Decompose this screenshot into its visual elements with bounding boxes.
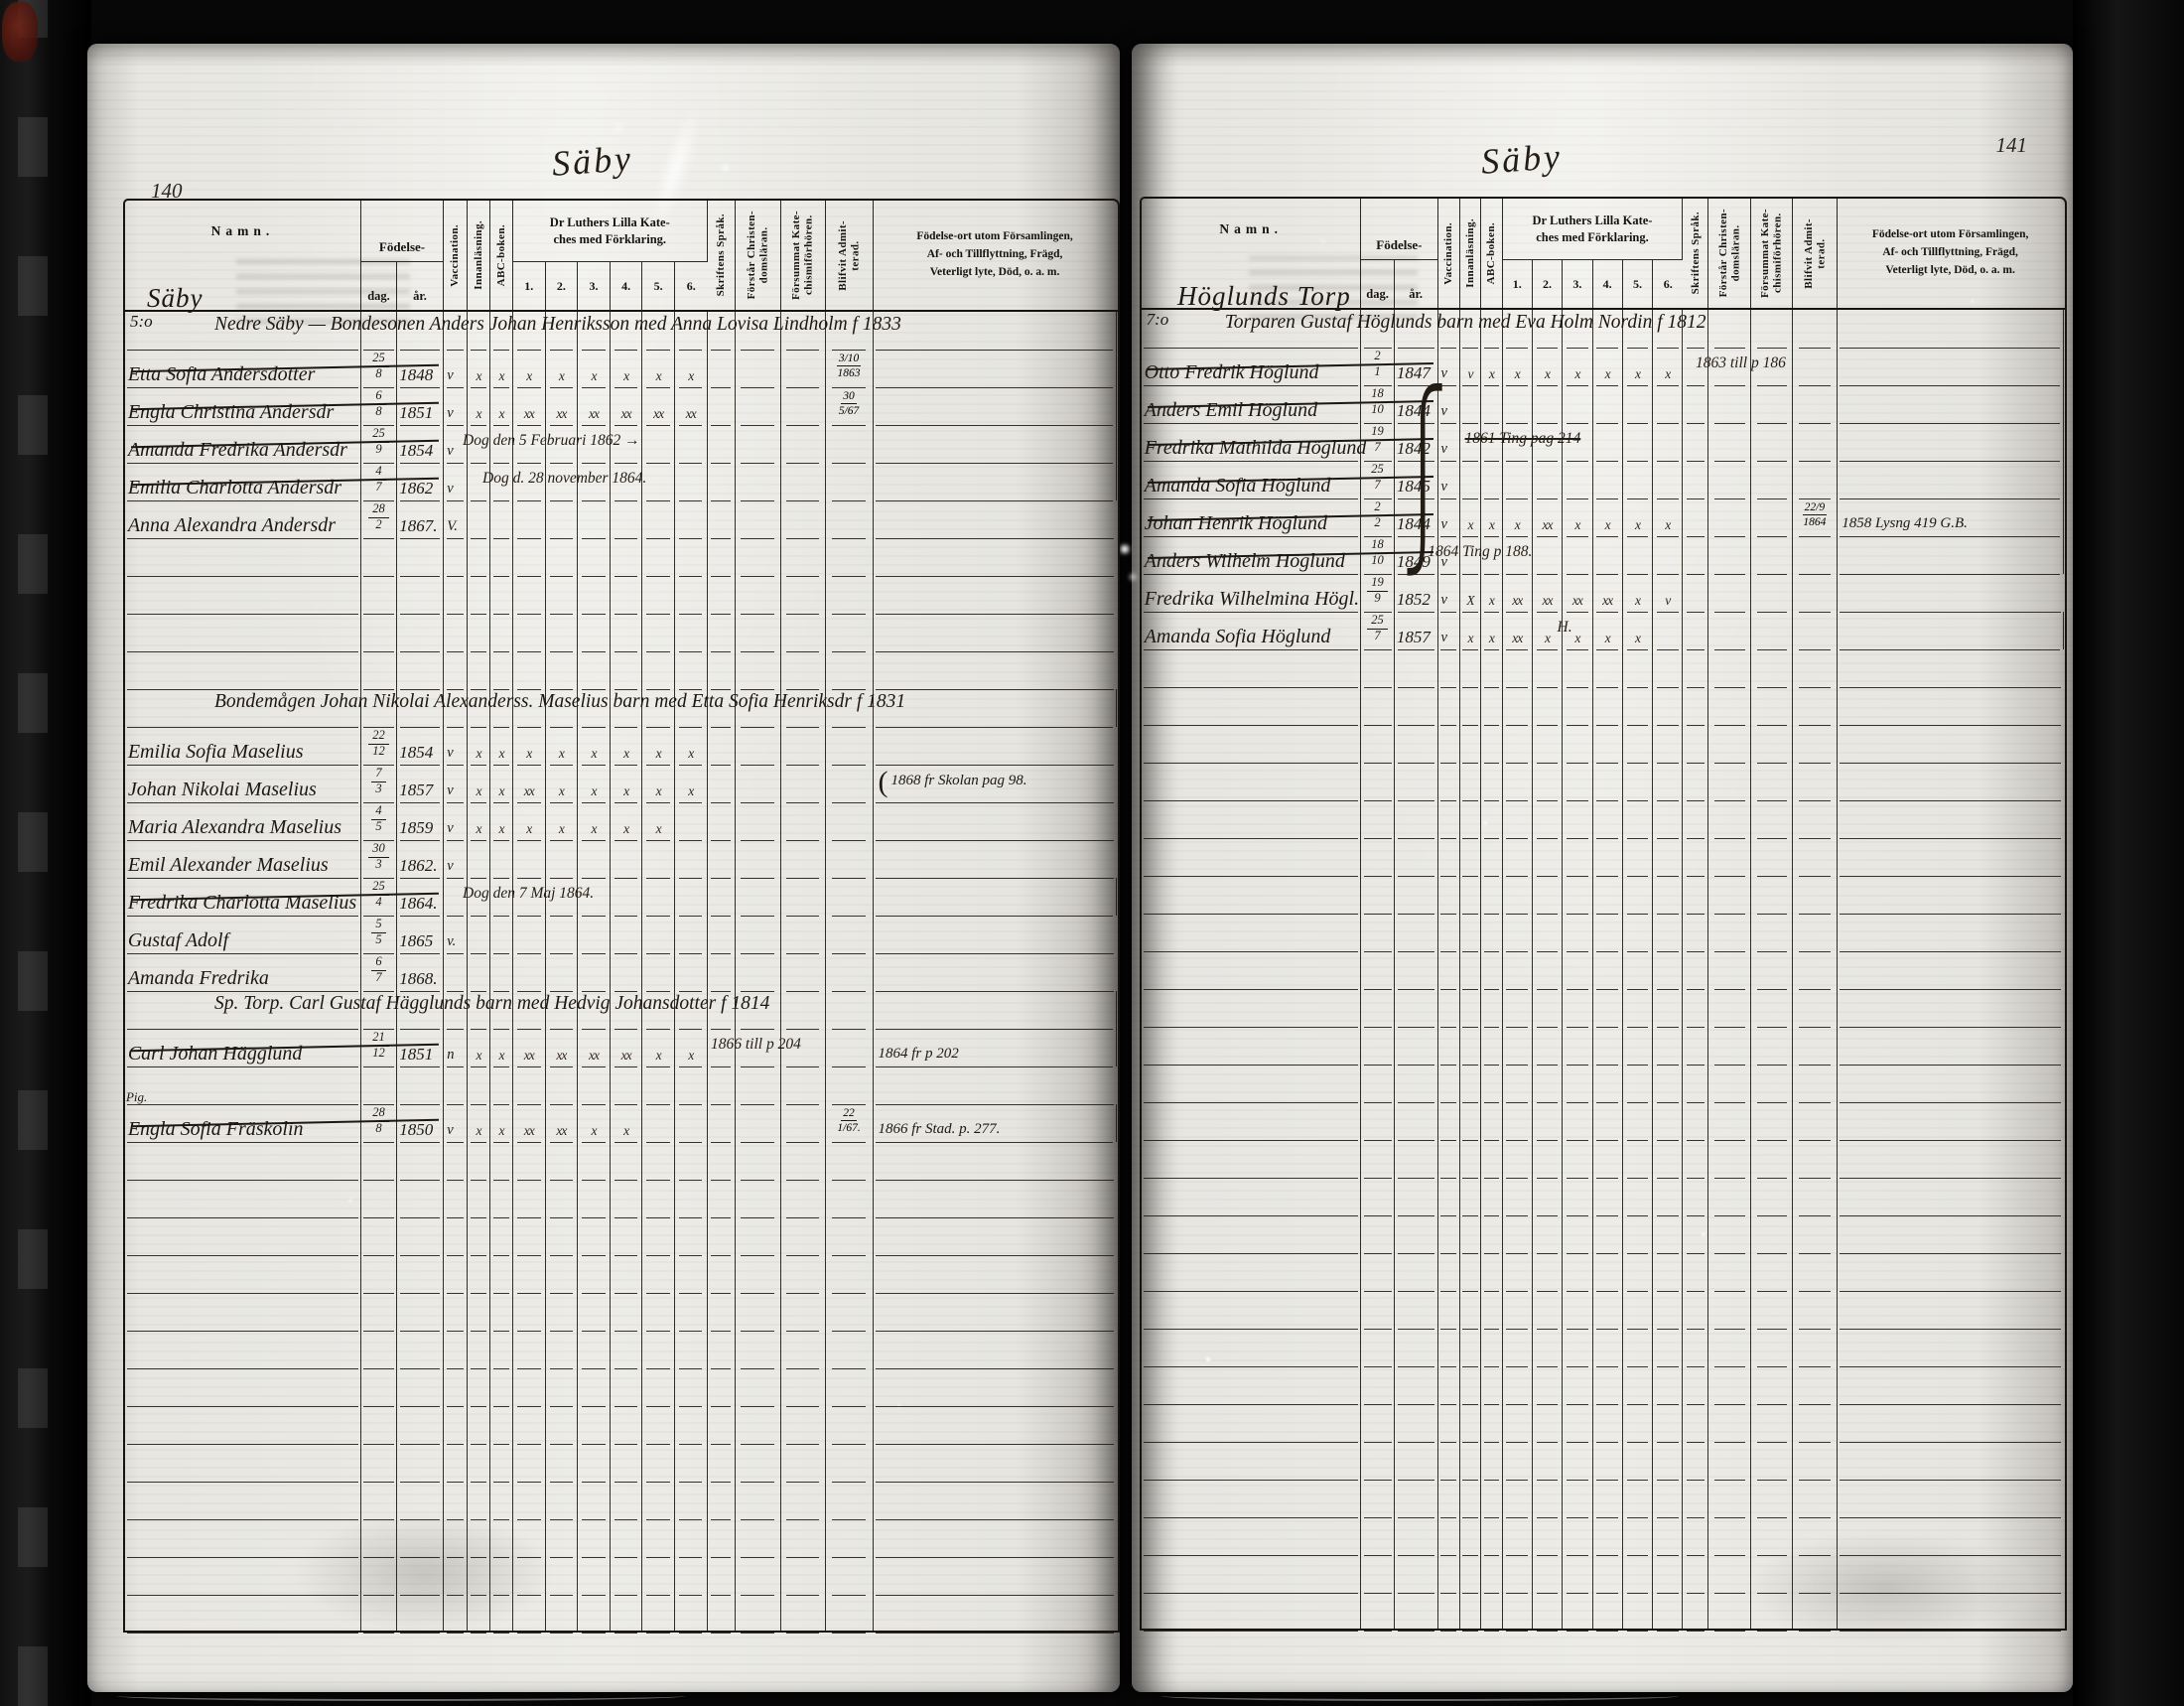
innanlasning-cell	[1460, 1102, 1481, 1140]
kat-4-cell: x	[611, 765, 643, 802]
empty-row	[125, 1406, 1118, 1444]
kat-5-cell	[642, 1444, 675, 1482]
name-cell	[125, 1255, 361, 1293]
empty-row	[125, 1482, 1118, 1519]
birth-day-cell: 303	[361, 840, 397, 878]
empty-row	[125, 1331, 1118, 1368]
farm-name-left: Säby	[147, 285, 203, 312]
skriftens-cell	[1683, 687, 1708, 725]
name-cell	[125, 1557, 361, 1595]
remarks-cell	[874, 312, 1117, 350]
birth-year-cell	[1395, 687, 1438, 725]
vaccination-cell	[1438, 1555, 1460, 1593]
kat-2-cell	[1533, 1480, 1563, 1517]
kat-3-cell	[1563, 385, 1592, 423]
kat-3-cell	[1563, 1102, 1592, 1140]
kat-4-cell	[611, 1142, 643, 1180]
empty-row	[125, 1519, 1118, 1557]
vaccination-mark: v	[447, 406, 453, 421]
kat-5-cell: x	[1623, 574, 1653, 612]
kat-col-3: 3.	[578, 262, 611, 310]
abc-cell: x	[490, 350, 513, 387]
vaccination-cell	[444, 1595, 468, 1633]
abc-cell	[1481, 1253, 1502, 1291]
vaccination-mark: V.	[447, 519, 458, 534]
kat-3-cell: xx	[1563, 574, 1592, 612]
innanlasning-cell	[1460, 838, 1481, 876]
birth-day-cell: 2112	[361, 1029, 397, 1066]
kat-2-cell	[1533, 1140, 1563, 1178]
kat-6-cell: x	[675, 765, 708, 802]
kat-5-cell	[1623, 1404, 1653, 1442]
kat-5-cell	[642, 651, 675, 689]
forsummat-cell	[1751, 1555, 1793, 1593]
forstar-cell	[1708, 687, 1751, 725]
kat-2-cell	[1533, 1102, 1563, 1140]
birth-year-cell	[1395, 1593, 1438, 1631]
name-cell	[125, 1066, 361, 1104]
birth-year-cell	[1395, 1065, 1438, 1102]
birth-day-cell	[1361, 914, 1394, 951]
kat-5-cell	[1623, 876, 1653, 914]
kat-6-cell	[1653, 1215, 1683, 1253]
kat-1-cell	[1503, 914, 1533, 951]
person-row: Engla Sofia FräskolinPig.2881850vxxxxxxx…	[125, 1104, 1118, 1142]
kat-3-cell: xx	[578, 1029, 611, 1066]
admitterad-cell	[1793, 951, 1838, 989]
abc-cell	[490, 1255, 513, 1293]
remarks-cell	[1838, 1027, 2064, 1065]
table-header: Namn. Höglunds Torp Födelse- Vaccination…	[1142, 199, 2065, 310]
birth-day-cell	[1361, 989, 1394, 1027]
person-row: Anna Alexandra Andersdr2821867.V.	[125, 500, 1118, 538]
remarks-cell	[874, 538, 1117, 576]
birth-day-cell	[1361, 1027, 1394, 1065]
kat-5-cell	[1623, 1329, 1653, 1366]
forsummat-cell	[1751, 498, 1793, 536]
admitterad-cell	[826, 1217, 874, 1255]
kat-4-cell	[1593, 1480, 1623, 1517]
kat-2-cell	[1533, 989, 1563, 1027]
vaccination-cell	[1438, 838, 1460, 876]
empty-row	[125, 1293, 1118, 1331]
kat-3-cell	[578, 1557, 611, 1595]
abc-cell	[1481, 1329, 1502, 1366]
birth-day-cell: 199	[1361, 574, 1394, 612]
abc-cell: x	[1481, 612, 1502, 649]
vaccination-mark: v	[1440, 593, 1446, 608]
forstar-cell	[736, 1255, 781, 1293]
vaccination-cell	[1438, 649, 1460, 687]
vaccination-cell	[444, 1368, 468, 1406]
innanlasning-cell	[1460, 1404, 1481, 1442]
innanlasning-cell	[468, 1368, 490, 1406]
birth-day-cell	[1361, 1329, 1394, 1366]
forsummat-cell	[781, 1406, 826, 1444]
person-name: Anna Alexandra Andersdr	[128, 515, 336, 535]
kat-6-cell	[675, 1406, 708, 1444]
forsummat-cell	[781, 916, 826, 953]
empty-row	[125, 651, 1118, 689]
birth-day-cell	[1361, 1178, 1394, 1215]
kat-6-cell	[1653, 1442, 1683, 1480]
kat-2-cell	[1533, 876, 1563, 914]
abc-cell	[490, 1557, 513, 1595]
abc-cell	[490, 1217, 513, 1255]
kat-1-cell	[1503, 1329, 1533, 1366]
kat-6-cell	[1653, 914, 1683, 951]
kat-2-cell	[546, 1217, 579, 1255]
birth-day-cell	[1361, 1102, 1394, 1140]
kat-3-cell	[578, 1331, 611, 1368]
remarks-cell	[874, 1180, 1117, 1217]
forsummat-cell	[1751, 1102, 1793, 1140]
abc-cell	[1481, 461, 1502, 498]
kat-2-cell	[1533, 800, 1563, 838]
birth-year-cell	[1395, 1291, 1438, 1329]
col-header-fodelseort: Födelse-ort utom Församlingen, Af- och T…	[874, 201, 1117, 310]
innanlasning-cell	[1460, 649, 1481, 687]
skriftens-cell	[1683, 423, 1708, 461]
forstar-cell	[1708, 1178, 1751, 1215]
admitterad-cell	[1793, 612, 1838, 649]
abc-cell	[490, 538, 513, 576]
birth-year: 1868.	[399, 970, 437, 987]
birth-year: 1854	[399, 744, 433, 761]
remarks-cell	[874, 878, 1117, 916]
name-cell: Emilia Sofia Maselius	[125, 727, 361, 765]
kat-6-cell	[1653, 1593, 1683, 1631]
admitterad-cell	[1793, 1593, 1838, 1631]
birth-year-cell	[1395, 763, 1438, 800]
empty-row	[1142, 800, 2065, 838]
remarks-cell	[874, 1217, 1117, 1255]
kat-1-cell	[1503, 687, 1533, 725]
kat-2-cell	[546, 1255, 579, 1293]
kat-2-cell	[1533, 649, 1563, 687]
remarks-cell	[874, 1255, 1117, 1293]
innanlasning-cell: x	[468, 727, 490, 765]
vaccination-mark: v	[447, 482, 453, 497]
name-cell	[1142, 1065, 1361, 1102]
name-cell: Fredrika Wilhelmina Högl.	[1142, 574, 1361, 612]
forsummat-cell	[1751, 951, 1793, 989]
innanlasning-cell	[468, 1066, 490, 1104]
skriftens-cell	[1683, 1253, 1708, 1291]
kat-6-cell	[1653, 725, 1683, 763]
admitterad-cell	[1793, 536, 1838, 574]
admitterad-cell	[826, 1519, 874, 1557]
skriftens-cell	[708, 1482, 736, 1519]
forsummat-cell	[1751, 1329, 1793, 1366]
col-header-fodelse: Födelse-	[1361, 199, 1437, 260]
namn-label: Namn.	[211, 224, 275, 238]
birth-year-cell	[1395, 649, 1438, 687]
forsummat-cell	[781, 1255, 826, 1293]
kat-5-cell	[1623, 1102, 1653, 1140]
skriftens-cell	[1683, 1593, 1708, 1631]
birth-year: 1865	[399, 932, 433, 949]
person-row: Amanda Fredrika Andersdr2591854vDog den …	[125, 425, 1118, 463]
person-row: Emilia Charlotta Andersdr471862vDog d. 2…	[125, 463, 1118, 500]
kat-6-cell	[1653, 1140, 1683, 1178]
kat-3-cell	[1563, 1027, 1592, 1065]
kat-3-cell	[1563, 1480, 1592, 1517]
kat-1-cell	[513, 1482, 546, 1519]
kat-5-cell	[642, 1557, 675, 1595]
remarks-cell	[874, 1444, 1117, 1482]
birth-year-cell	[1395, 1329, 1438, 1366]
name-cell	[1142, 763, 1361, 800]
kat-4-cell	[1593, 423, 1623, 461]
birth-day-cell	[361, 1331, 397, 1368]
kat-1-cell	[513, 500, 546, 538]
kat-3-cell	[1563, 838, 1592, 876]
birth-year-cell: 1851	[397, 1029, 444, 1066]
remarks-cell	[1838, 1178, 2064, 1215]
skriftens-cell	[1683, 914, 1708, 951]
innanlasning-cell	[1460, 876, 1481, 914]
forstar-cell	[1708, 1593, 1751, 1631]
kat-1-cell	[513, 1368, 546, 1406]
birth-year-cell: 1864.	[397, 878, 444, 916]
abc-cell: x	[1481, 498, 1502, 536]
kat-4-cell	[1593, 838, 1623, 876]
kat-1-cell	[513, 1293, 546, 1331]
skriftens-cell	[708, 953, 736, 991]
remarks-cell	[874, 500, 1117, 538]
dust-specks	[0, 0, 2, 2]
abc-cell	[1481, 838, 1502, 876]
forstar-cell	[1708, 1253, 1751, 1291]
birth-year-cell	[397, 1519, 444, 1557]
vaccination-cell	[444, 1519, 468, 1557]
kat-2-cell	[546, 651, 579, 689]
forstar-cell	[1708, 310, 1751, 348]
birth-day-fraction: 45	[363, 804, 394, 834]
kat-1-cell	[513, 1519, 546, 1557]
innanlasning-cell	[1460, 1065, 1481, 1102]
annotation-note: 1861 Ting pag 214	[1465, 431, 1581, 447]
kat-5-cell	[1623, 725, 1653, 763]
forstar-cell	[736, 651, 781, 689]
name-cell	[125, 1482, 361, 1519]
kat-3-cell	[1563, 687, 1592, 725]
remarks-cell	[1838, 310, 2064, 348]
kat-3-cell	[1563, 461, 1592, 498]
vaccination-cell	[1438, 1404, 1460, 1442]
skriftens-cell	[708, 727, 736, 765]
admitterad-cell	[1793, 1215, 1838, 1253]
forsummat-cell	[781, 538, 826, 576]
kat-6-cell	[1653, 989, 1683, 1027]
birth-day-cell: 1810	[1361, 385, 1394, 423]
forsummat-cell	[781, 1557, 826, 1595]
abc-cell	[490, 651, 513, 689]
kat-1-cell	[513, 1255, 546, 1293]
name-cell: Amanda Fredrika	[125, 953, 361, 991]
vaccination-cell: v	[1438, 574, 1460, 612]
film-edge-right	[2073, 0, 2184, 1706]
col-header-innanlasning: Innanläsning.	[1460, 199, 1481, 308]
kat-1-cell	[1503, 1178, 1533, 1215]
col-header-skriftens: Skriftens Språk.	[1683, 199, 1708, 308]
kat-4-cell	[611, 1482, 643, 1519]
forstar-cell	[1708, 876, 1751, 914]
remarks-cell	[874, 425, 1117, 463]
remarks-cell	[874, 689, 1117, 727]
kat-3-cell: x	[578, 1104, 611, 1142]
kat-5-cell	[1623, 914, 1653, 951]
abc-cell: x	[490, 1029, 513, 1066]
abc-cell	[490, 1595, 513, 1633]
kat-5-cell	[1623, 1366, 1653, 1404]
name-cell	[125, 538, 361, 576]
kat-5-cell	[1623, 423, 1653, 461]
kat-4-cell: x	[1593, 498, 1623, 536]
empty-row	[1142, 1027, 2065, 1065]
kat-3-cell	[1563, 1517, 1592, 1555]
table-body-right: 7:oTorparen Gustaf Höglunds barn med Eva…	[1142, 310, 2065, 1631]
forsummat-cell	[781, 1066, 826, 1104]
kat-4-cell	[1593, 1329, 1623, 1366]
vaccination-cell	[1438, 687, 1460, 725]
name-cell	[1142, 1404, 1361, 1442]
birth-year: 1854	[399, 442, 433, 459]
col-header-forstar: Förstår Christen- domsläran.	[736, 201, 781, 310]
kat-4-cell	[611, 538, 643, 576]
kat-4-cell	[1593, 1065, 1623, 1102]
abc-cell	[1481, 1178, 1502, 1215]
kat-4-cell	[611, 953, 643, 991]
kat-4-cell	[611, 1066, 643, 1104]
kat-2-cell	[1533, 725, 1563, 763]
innanlasning-cell	[1460, 1027, 1481, 1065]
kat-3-cell	[578, 1482, 611, 1519]
kat-6-cell	[675, 1444, 708, 1482]
kat-2-cell	[546, 840, 579, 878]
vaccination-cell	[1438, 1442, 1460, 1480]
forsummat-cell	[781, 1104, 826, 1142]
vaccination-mark: v	[447, 444, 453, 459]
birth-day-cell	[1361, 725, 1394, 763]
kat-6-cell	[1653, 1404, 1683, 1442]
birth-year-cell	[1395, 1517, 1438, 1555]
vaccination-cell: v	[444, 765, 468, 802]
kat-4-cell	[1593, 1555, 1623, 1593]
kat-1-cell: x	[513, 727, 546, 765]
birth-day-cell	[361, 538, 397, 576]
birth-day-cell	[361, 1293, 397, 1331]
innanlasning-cell	[1460, 800, 1481, 838]
person-name: Gustaf Adolf	[128, 930, 228, 950]
forsummat-cell	[781, 1368, 826, 1406]
birth-day-cell: 73	[361, 765, 397, 802]
remarks-cell: 1868 fr Skolan pag 98.	[874, 765, 1117, 802]
remarks-cell	[1838, 1140, 2064, 1178]
forstar-cell	[736, 1595, 781, 1633]
remarks-cell	[1838, 951, 2064, 989]
skriftens-cell	[1683, 1517, 1708, 1555]
birth-year: 1851	[399, 404, 433, 421]
forsummat-cell	[1751, 1027, 1793, 1065]
forsummat-cell	[781, 765, 826, 802]
col-header-namn: Namn. Höglunds Torp	[1142, 199, 1361, 308]
birth-year-cell	[397, 1595, 444, 1633]
birth-year-cell: 1865	[397, 916, 444, 953]
name-cell	[125, 1293, 361, 1331]
birth-day-cell: 68	[361, 387, 397, 425]
kat-2-cell: x	[546, 802, 579, 840]
kat-6-cell	[675, 1482, 708, 1519]
birth-day-cell	[361, 1180, 397, 1217]
kat-5-cell	[1623, 1178, 1653, 1215]
kat-2-cell	[546, 1519, 579, 1557]
vaccination-cell: v	[1438, 612, 1460, 649]
skriftens-cell	[708, 765, 736, 802]
abc-cell	[1481, 1593, 1502, 1631]
abc-cell	[490, 1406, 513, 1444]
forsummat-cell	[1751, 1366, 1793, 1404]
forsummat-cell	[781, 500, 826, 538]
kat-4-cell: x	[611, 1104, 643, 1142]
skriftens-cell	[708, 538, 736, 576]
skriftens-cell	[708, 1255, 736, 1293]
birth-day-cell: 197	[1361, 423, 1394, 461]
kat-5-cell	[642, 1406, 675, 1444]
kat-6-cell	[1653, 1178, 1683, 1215]
forstar-cell	[1708, 725, 1751, 763]
kat-4-cell	[611, 1180, 643, 1217]
kat-4-cell	[611, 1331, 643, 1368]
person-row: Otto Fredrik Höglund211847vvxxxxxxx1863 …	[1142, 348, 2065, 385]
birth-day-fraction: 67	[363, 955, 394, 985]
birth-year: 1848	[399, 366, 433, 383]
skriftens-cell	[1683, 1102, 1708, 1140]
kat-6-cell: v	[1653, 574, 1683, 612]
empty-row	[125, 1444, 1118, 1482]
forsummat-cell	[1751, 800, 1793, 838]
vaccination-cell	[444, 614, 468, 651]
kat-2-cell	[1533, 461, 1563, 498]
kat-3-cell	[1563, 1555, 1592, 1593]
name-cell	[1142, 1329, 1361, 1366]
remarks-cell	[874, 1293, 1117, 1331]
name-cell: Anna Alexandra Andersdr	[125, 500, 361, 538]
kat-4-cell	[611, 1595, 643, 1633]
kat-4-cell	[1593, 1178, 1623, 1215]
abc-cell: x	[490, 802, 513, 840]
forsummat-cell	[1751, 649, 1793, 687]
name-cell	[125, 614, 361, 651]
admitterad-cell: 22/91864	[1793, 498, 1838, 536]
admitterad-cell	[1793, 574, 1838, 612]
kat-4-cell	[611, 878, 643, 916]
kat-4-cell	[611, 840, 643, 878]
birth-day-cell	[1361, 1442, 1394, 1480]
kat-1-cell	[1503, 1027, 1533, 1065]
col-header-abc-boken: ABC-boken.	[1481, 199, 1502, 308]
forsummat-cell	[781, 991, 826, 1029]
empty-row	[1142, 1517, 2065, 1555]
kat-3-cell	[578, 1142, 611, 1180]
admitted-date: 3/101863	[827, 352, 871, 381]
remarks-cell	[1838, 348, 2064, 385]
abc-cell	[1481, 1291, 1502, 1329]
abc-cell	[1481, 649, 1502, 687]
kat-2-cell: xx	[546, 1104, 579, 1142]
vaccination-cell	[1438, 1027, 1460, 1065]
